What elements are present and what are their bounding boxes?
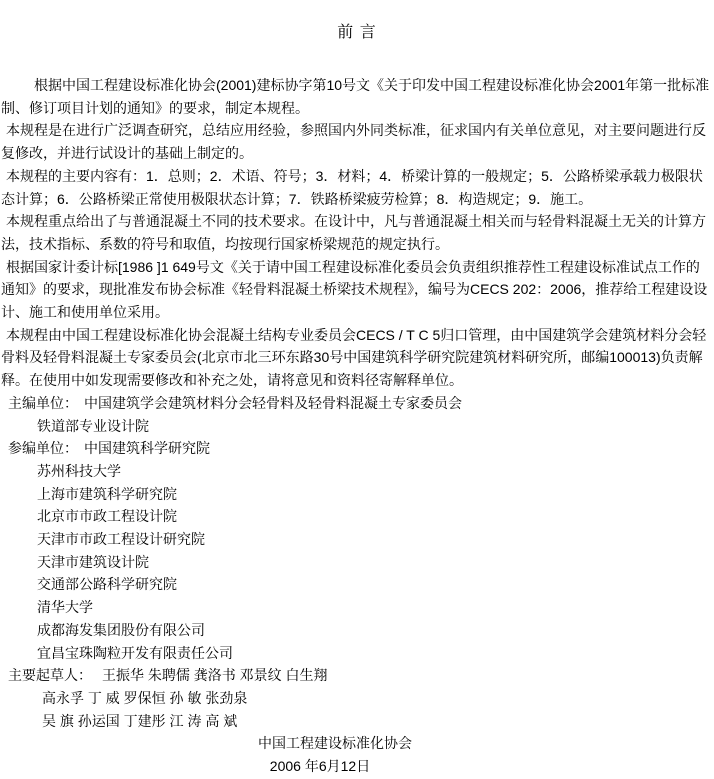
paragraph: 根据中国工程建设标准化协会(2001)建标协字第10号文《关于印发中国工程建设标… (1, 74, 713, 119)
unit-line: 苏州科技大学 (1, 460, 713, 483)
credit-value: 中国建筑科学研究院 (84, 440, 210, 456)
unit-line: 清华大学 (1, 596, 713, 619)
unit-line: 成都海发集团股份有限公司 (1, 619, 713, 642)
paragraph: 本规程重点给出了与普通混凝土不同的技术要求。在设计中，凡与普通混凝土相关而与轻骨… (1, 210, 713, 255)
preface-paragraphs: 根据中国工程建设标准化协会(2001)建标协字第10号文《关于印发中国工程建设标… (1, 74, 713, 392)
document-page: 前 言 根据中国工程建设标准化协会(2001)建标协字第10号文《关于印发中国工… (0, 0, 713, 778)
paragraph: 本规程是在进行广泛调查研究，总结应用经验，参照国内外同类标准，征求国内有关单位意… (1, 119, 713, 164)
credit-first-line: 主要起草人：王振华 朱聘儒 龚洛书 邓景纹 白生翔 (1, 664, 713, 687)
credit-first-line: 主编单位：中国建筑学会建筑材料分会轻骨料及轻骨料混凝土专家委员会 (1, 392, 713, 415)
paragraph: 根据国家计委计标[1986 ]1 649号文《关于请中国工程建设标准化委员会负责… (1, 256, 713, 324)
unit-line: 天津市市政工程设计研究院 (1, 528, 713, 551)
unit-line: 北京市市政工程设计院 (1, 505, 713, 528)
unit-line: 天津市建筑设计院 (1, 551, 713, 574)
unit-line: 上海市建筑科学研究院 (1, 483, 713, 506)
credit-label: 主要起草人： (8, 667, 92, 683)
unit-line: 宜昌宝珠陶粒开发有限责任公司 (1, 642, 713, 665)
credit-first-line: 参编单位：中国建筑科学研究院 (1, 437, 713, 460)
unit-line: 交通部公路科学研究院 (1, 573, 713, 596)
footer-organization: 中国工程建设标准化协会 (1, 732, 713, 755)
credit-value: 中国建筑学会建筑材料分会轻骨料及轻骨料混凝土专家委员会 (84, 395, 462, 411)
credit-label: 参编单位： (8, 440, 78, 456)
credit-value: 王振华 朱聘儒 龚洛书 邓景纹 白生翔 (102, 667, 328, 683)
credits: 主编单位：中国建筑学会建筑材料分会轻骨料及轻骨料混凝土专家委员会铁道部专业设计院… (1, 392, 713, 733)
paragraph: 本规程由中国工程建设标准化协会混凝土结构专业委员会CECS / T C 5归口管… (1, 324, 713, 392)
drafter-line: 吴 旗 孙运国 丁建彤 江 涛 高 斌 (1, 710, 713, 733)
drafter-line: 高永孚 丁 威 罗保恒 孙 敏 张劲泉 (1, 687, 713, 710)
page-title: 前 言 (1, 21, 713, 44)
unit-line: 铁道部专业设计院 (1, 415, 713, 438)
credit-label: 主编单位： (8, 395, 78, 411)
paragraph: 本规程的主要内容有：1．总则；2．术语、符号；3．材料；4．桥梁计算的一般规定；… (1, 165, 713, 210)
footer-date: 2006 年6月12日 (1, 755, 713, 778)
